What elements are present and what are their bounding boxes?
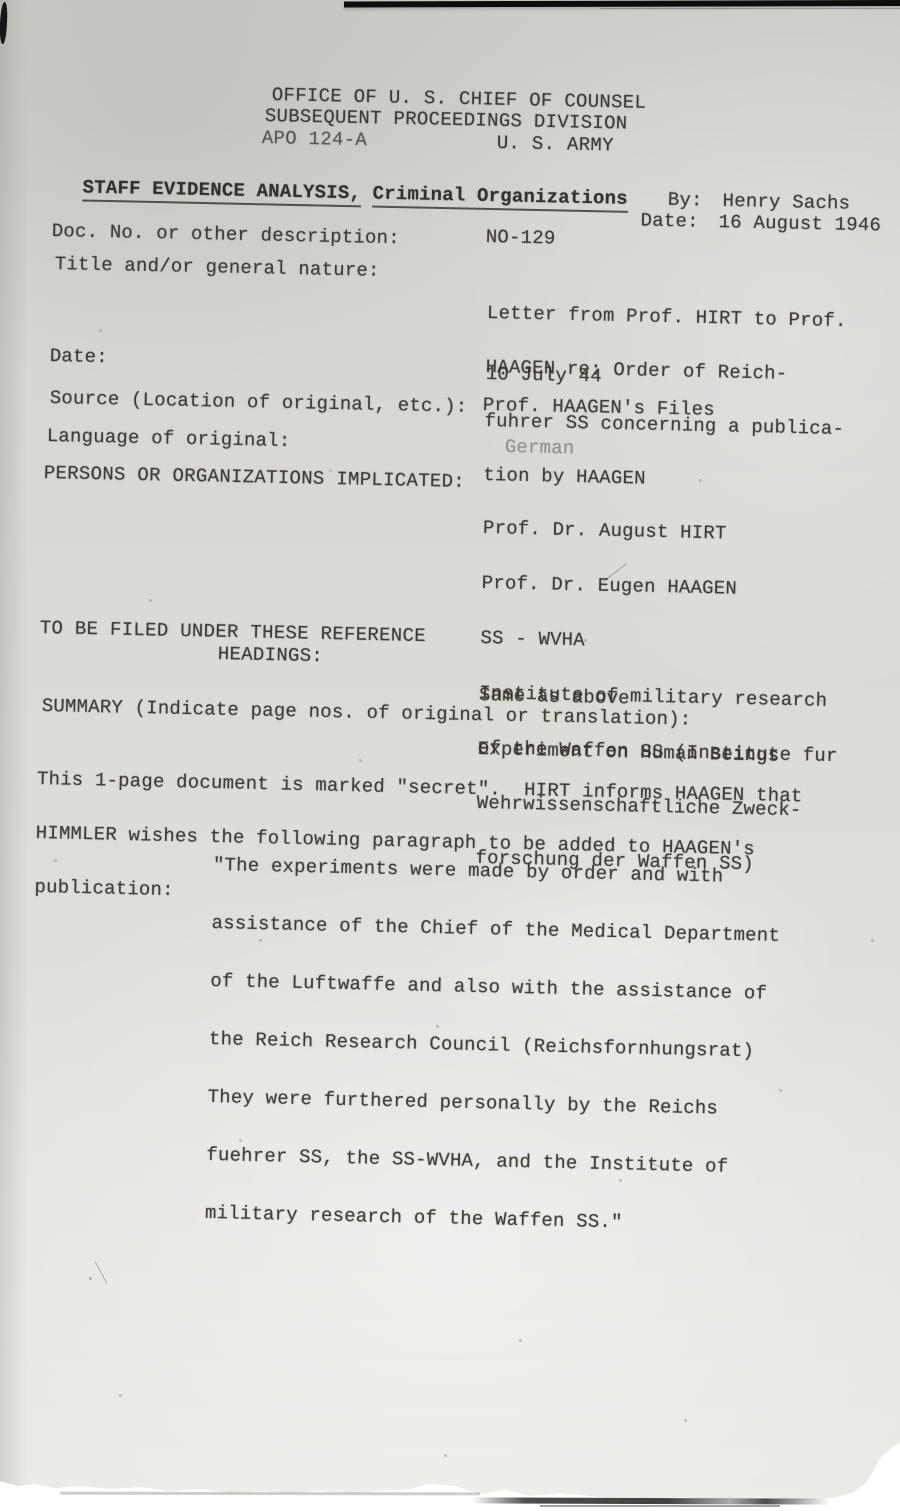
- field-label-date: Date:: [50, 347, 108, 366]
- quote-line: fuehrer SS, the SS-WVHA, and the Institu…: [206, 1144, 775, 1179]
- field-value-source: Prof. HAAGEN's Files: [483, 396, 715, 419]
- quote-line: the Reich Research Council (Reichsfornhu…: [209, 1028, 778, 1063]
- field-label-language: Language of original:: [47, 427, 291, 450]
- value-line: Letter from Prof. HIRT to Prof.: [487, 304, 847, 330]
- title-underlined-sub: Criminal Organizations: [372, 183, 628, 213]
- date-label: Date:: [640, 209, 698, 232]
- quote-line: of the Luftwaffe and also with the assis…: [210, 970, 779, 1005]
- quote-line: "The experiments were made by order and …: [213, 854, 782, 889]
- filing-reference-line2: HEADINGS:: [218, 645, 324, 665]
- bottom-edge-shadow: [60, 1492, 480, 1496]
- scanner-edge-top-thin: [600, 8, 900, 9]
- field-value-title-nature: Letter from Prof. HIRT to Prof. HAAGEN r…: [483, 268, 848, 510]
- bottom-edge-shadow: [540, 1505, 780, 1507]
- field-value-doc-no: NO-129: [486, 228, 556, 247]
- field-value-language: German: [505, 438, 575, 457]
- analysis-date-line: Date:16 August 1946: [617, 193, 881, 235]
- field-value-date: 10 July 44: [486, 365, 602, 385]
- value-line: Prof. Dr. August HIRT: [483, 519, 843, 546]
- quote-line: They were furthered personally by the Re…: [207, 1086, 776, 1121]
- bottom-edge-shadow: [472, 1497, 830, 1504]
- summary-quote-block: "The experiments were made by order and …: [204, 818, 782, 1255]
- date-value: 16 August 1946: [718, 211, 881, 236]
- quote-line: assistance of the Chief of the Medical D…: [211, 912, 780, 947]
- paper-speckles: [0, 0, 1, 1]
- summary-body-line: This 1-page document is marked "secret".…: [37, 770, 803, 805]
- quote-line: military research of the Waffen SS.": [205, 1202, 774, 1237]
- letterhead-army: U. S. ARMY: [497, 134, 614, 154]
- scanned-document-page: { "colors": { "paper": "#dad9d5", "ink":…: [0, 0, 900, 1511]
- letterhead-apo: APO 124-A: [262, 129, 368, 149]
- value-line: Prof. Dr. Eugen HAAGEN: [482, 574, 842, 601]
